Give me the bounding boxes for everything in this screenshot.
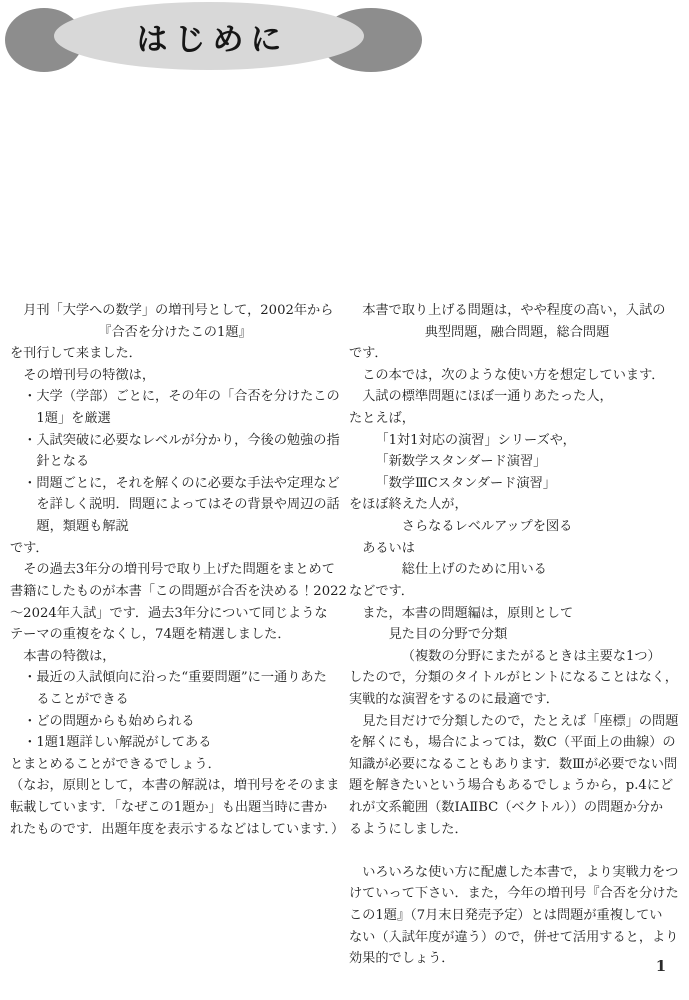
text-line: 見た目の分野で分類 xyxy=(349,624,685,646)
text-line: ・問題ごとに，それを解くのに必要な手法や定理など xyxy=(10,473,340,495)
text-line: るようにしました． xyxy=(349,819,685,841)
text-line: 実戦的な演習をするのに最適です． xyxy=(349,689,685,711)
text-line: 効果的でしょう． xyxy=(349,948,685,970)
text-line: あるいは xyxy=(349,538,685,560)
text-line: （複数の分野にまたがるときは主要な1つ） xyxy=(349,646,685,668)
text-line: テーマの重複をなくし，74題を精選しました． xyxy=(10,624,340,646)
text-line: たとえば， xyxy=(349,408,685,430)
text-line: 知識が必要になることもあります．数Ⅲが必要でない問 xyxy=(349,754,685,776)
text-line: ・どの問題からも始められる xyxy=(10,711,340,733)
text-line: 書籍にしたものが本書「この問題が合否を決める！2022 xyxy=(10,581,340,603)
text-line: また，本書の問題編は，原則として xyxy=(349,603,685,625)
text-line: 総仕上げのために用いる xyxy=(349,559,685,581)
text-line: 転載しています．「なぜこの1題か」も出題当時に書か xyxy=(10,797,340,819)
text-line: 『合否を分けたこの1題』 xyxy=(10,322,340,344)
text-line: ・1題1題詳しい解説がしてある xyxy=(10,732,340,754)
text-line: 見た目だけで分類したので，たとえば「座標」の問題 xyxy=(349,711,685,733)
text-line: 本書の特徴は， xyxy=(10,646,340,668)
text-line: です． xyxy=(349,343,685,365)
text-line: ・入試突破に必要なレベルが分かり，今後の勉強の指 xyxy=(10,430,340,452)
text-line: 「1対1対応の演習」シリーズや， xyxy=(349,430,685,452)
page-title: はじめに xyxy=(130,14,289,59)
text-line: 題，類題も解説 xyxy=(10,516,340,538)
text-line: 「新数学スタンダード演習」 xyxy=(349,451,685,473)
text-line: したので，分類のタイトルがヒントになることはなく， xyxy=(349,667,685,689)
text-line: 題を解きたいという場合もあるでしょうから，p.4にど xyxy=(349,775,685,797)
text-line: 本書で取り上げる問題は，やや程度の高い，入試の xyxy=(349,300,685,322)
text-line: を解くにも，場合によっては，数C（平面上の曲線）の xyxy=(349,732,685,754)
text-line: 1題」を厳選 xyxy=(10,408,340,430)
text-line: その過去3年分の増刊号で取り上げた問題をまとめて xyxy=(10,559,340,581)
text-line: とまとめることができるでしょう． xyxy=(10,754,340,776)
document-page: はじめに 月刊「大学への数学」の増刊号として，2002年から『合否を分けたこの1… xyxy=(0,0,689,1000)
text-line: この本では，次のような使い方を想定しています． xyxy=(349,365,685,387)
page-number: 1 xyxy=(646,957,676,975)
text-line: 月刊「大学への数学」の増刊号として，2002年から xyxy=(10,300,340,322)
text-line: ることができる xyxy=(10,689,340,711)
text-line: ～2024年入試」です．過去3年分について同じような xyxy=(10,603,340,625)
text-line: を詳しく説明．問題によってはその背景や周辺の話 xyxy=(10,494,340,516)
text-line: 典型問題，融合問題，総合問題 xyxy=(349,322,685,344)
text-line xyxy=(349,840,685,862)
text-line: を刊行して来ました． xyxy=(10,343,340,365)
text-line: （なお，原則として，本書の解説は，増刊号をそのまま xyxy=(10,775,340,797)
header-banner: はじめに xyxy=(0,0,430,80)
text-line: です． xyxy=(10,538,340,560)
column-left: 月刊「大学への数学」の増刊号として，2002年から『合否を分けたこの1題』を刊行… xyxy=(10,300,340,840)
text-line: 入試の標準問題にほぼ一通りあたった人， xyxy=(349,386,685,408)
text-line: ・最近の入試傾向に沿った“重要問題”に一通りあた xyxy=(10,667,340,689)
text-line: 「数学ⅢCスタンダード演習」 xyxy=(349,473,685,495)
text-line: をほぼ終えた人が， xyxy=(349,494,685,516)
text-line: いろいろな使い方に配慮した本書で，より実戦力をつ xyxy=(349,862,685,884)
text-line: れが文系範囲（数ⅠAⅡBC（ベクトル））の問題か分か xyxy=(349,797,685,819)
banner-title-ellipse: はじめに xyxy=(54,2,364,70)
text-line: さらなるレベルアップを図る xyxy=(349,516,685,538)
text-line: けていって下さい．また，今年の増刊号『合否を分けた xyxy=(349,883,685,905)
text-line: れたものです．出題年度を表示するなどはしています．） xyxy=(10,819,340,841)
text-line: ない（入試年度が違う）ので，併せて活用すると，より xyxy=(349,927,685,949)
text-line: この1題』（7月末日発売予定）とは問題が重複してい xyxy=(349,905,685,927)
text-line: ・大学（学部）ごとに，その年の「合否を分けたこの xyxy=(10,386,340,408)
text-line: などです． xyxy=(349,581,685,603)
text-line: 針となる xyxy=(10,451,340,473)
text-line: その増刊号の特徴は， xyxy=(10,365,340,387)
column-right: 本書で取り上げる問題は，やや程度の高い，入試の典型問題，融合問題，総合問題です．… xyxy=(349,300,685,970)
